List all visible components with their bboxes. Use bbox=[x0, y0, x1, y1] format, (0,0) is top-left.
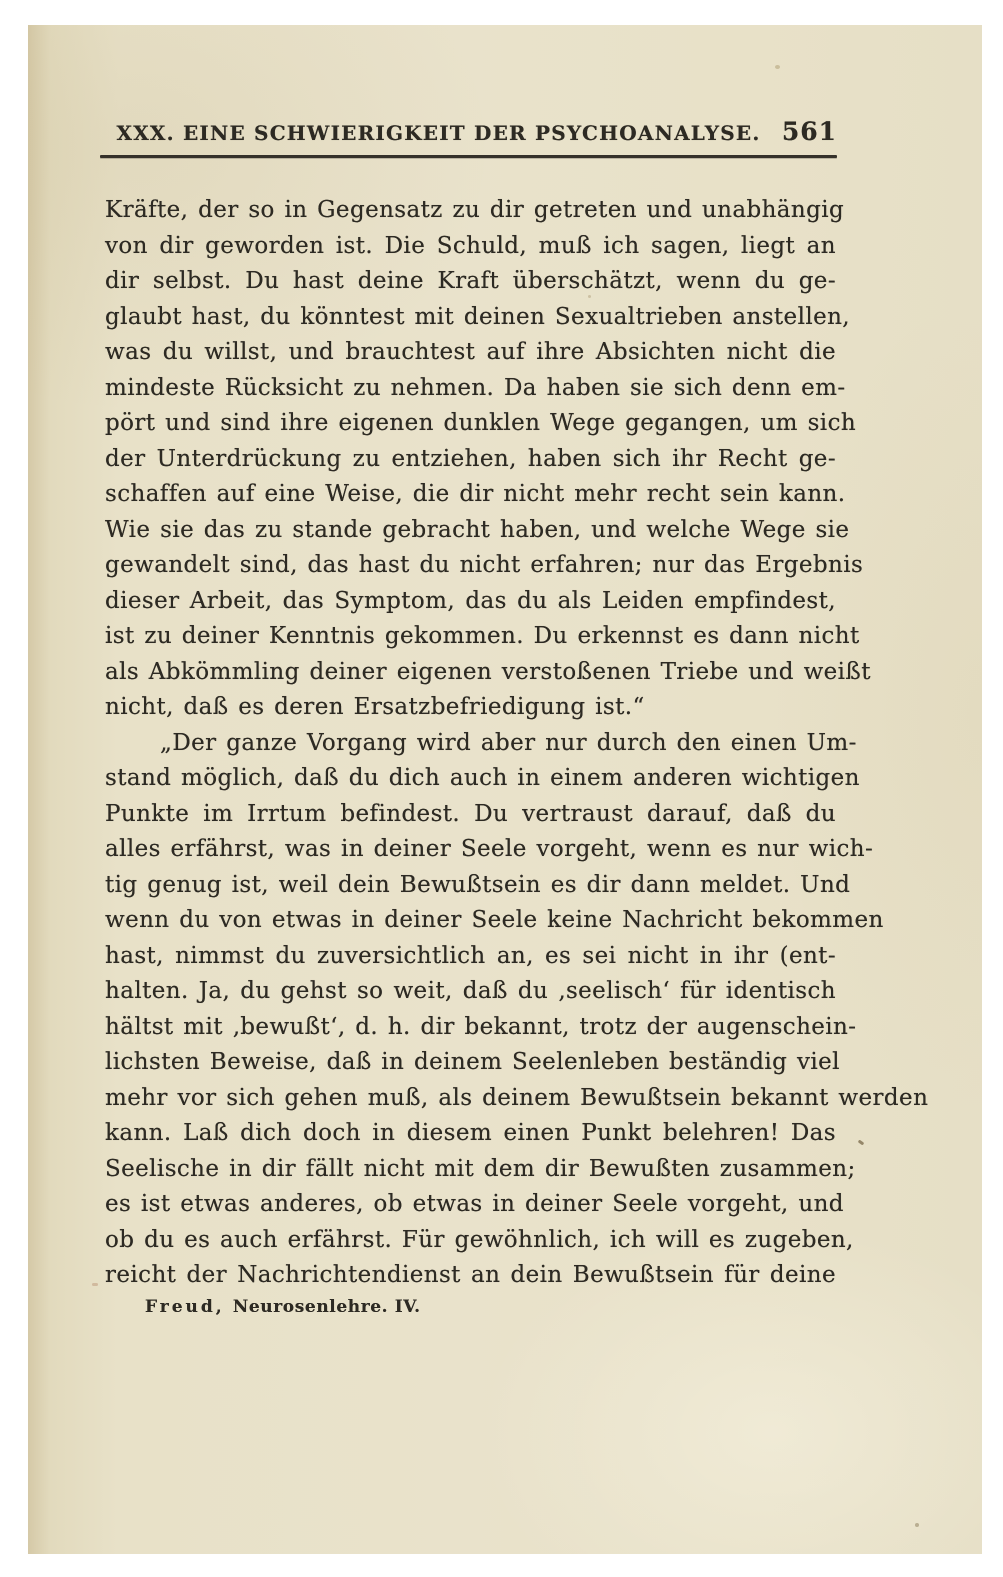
text-line: was du willst, und brauchtest auf ihre A… bbox=[105, 335, 836, 371]
text-line: als Abkömmling deiner eigenen verstoßene… bbox=[105, 655, 836, 691]
text-line: Punkte im Irrtum befindest. Du vertraust… bbox=[105, 797, 836, 833]
text-line: gewandelt sind, das hast du nicht erfahr… bbox=[105, 548, 836, 584]
chapter-title: XXX. EINE SCHWIERIGKEIT DER PSYCHOANALYS… bbox=[100, 121, 837, 145]
text-line: wenn du von etwas in deiner Seele keine … bbox=[105, 903, 836, 939]
text-line: schaffen auf eine Weise, die dir nicht m… bbox=[105, 477, 836, 513]
text-line: von dir geworden ist. Die Schuld, muß ic… bbox=[105, 229, 836, 265]
text-line: lichsten Beweise, daß in deinem Seelenle… bbox=[105, 1045, 836, 1081]
text-line: Seelische in dir fällt nicht mit dem dir… bbox=[105, 1152, 836, 1188]
text-line: der Unterdrückung zu entziehen, haben si… bbox=[105, 442, 836, 478]
text-line: mehr vor sich gehen muß, als deinem Bewu… bbox=[105, 1081, 836, 1117]
text-line: Kräfte, der so in Gegensatz zu dir getre… bbox=[105, 193, 836, 229]
footer-line: Freud,Neurosenlehre. IV. bbox=[145, 1297, 421, 1317]
text-line: mindeste Rücksicht zu nehmen. Da haben s… bbox=[105, 371, 836, 407]
page-number: 561 bbox=[782, 117, 837, 146]
page-header: XXX. EINE SCHWIERIGKEIT DER PSYCHOANALYS… bbox=[100, 121, 837, 155]
ink-speck bbox=[915, 1523, 919, 1527]
text-line: alles erfährst, was in deiner Seele vorg… bbox=[105, 832, 836, 868]
text-line: Wie sie das zu stande gebracht haben, un… bbox=[105, 513, 836, 549]
ink-speck bbox=[92, 1283, 98, 1286]
text-line: tig genug ist, weil dein Bewußtsein es d… bbox=[105, 868, 836, 904]
text-line: halten. Ja, du gehst so weit, daß du ‚se… bbox=[105, 974, 836, 1010]
book-page: XXX. EINE SCHWIERIGKEIT DER PSYCHOANALYS… bbox=[28, 25, 982, 1554]
text-line: reicht der Nachrichtendienst an dein Bew… bbox=[105, 1258, 836, 1294]
footer-work: Neurosenlehre. IV. bbox=[233, 1297, 421, 1317]
text-line: es ist etwas anderes, ob etwas in deiner… bbox=[105, 1187, 836, 1223]
text-line: hältst mit ‚bewußt‘, d. h. dir bekannt, … bbox=[105, 1010, 836, 1046]
scan-background: XXX. EINE SCHWIERIGKEIT DER PSYCHOANALYS… bbox=[0, 0, 1003, 1577]
text-line: glaubt hast, du könntest mit deinen Sexu… bbox=[105, 300, 836, 336]
text-line: nicht, daß es deren Ersatzbefriedigung i… bbox=[105, 690, 836, 726]
text-line: ist zu deiner Kenntnis gekommen. Du erke… bbox=[105, 619, 836, 655]
text-line: „Der ganze Vorgang wird aber nur durch d… bbox=[105, 726, 836, 762]
text-line: dieser Arbeit, das Symptom, das du als L… bbox=[105, 584, 836, 620]
text-line: kann. Laß dich doch in diesem einen Punk… bbox=[105, 1116, 836, 1152]
footer-author: Freud, bbox=[145, 1297, 225, 1317]
text-line: dir selbst. Du hast deine Kraft überschä… bbox=[105, 264, 836, 300]
ink-speck bbox=[775, 65, 780, 69]
text-line: stand möglich, daß du dich auch in einem… bbox=[105, 761, 836, 797]
text-line: hast, nimmst du zuversichtlich an, es se… bbox=[105, 939, 836, 975]
text-line: pört und sind ihre eigenen dunklen Wege … bbox=[105, 406, 836, 442]
page-body: Kräfte, der so in Gegensatz zu dir getre… bbox=[105, 193, 836, 1294]
text-line: ob du es auch erfährst. Für gewöhnlich, … bbox=[105, 1223, 836, 1259]
ink-speck bbox=[858, 1140, 865, 1146]
header-rule bbox=[100, 155, 837, 158]
